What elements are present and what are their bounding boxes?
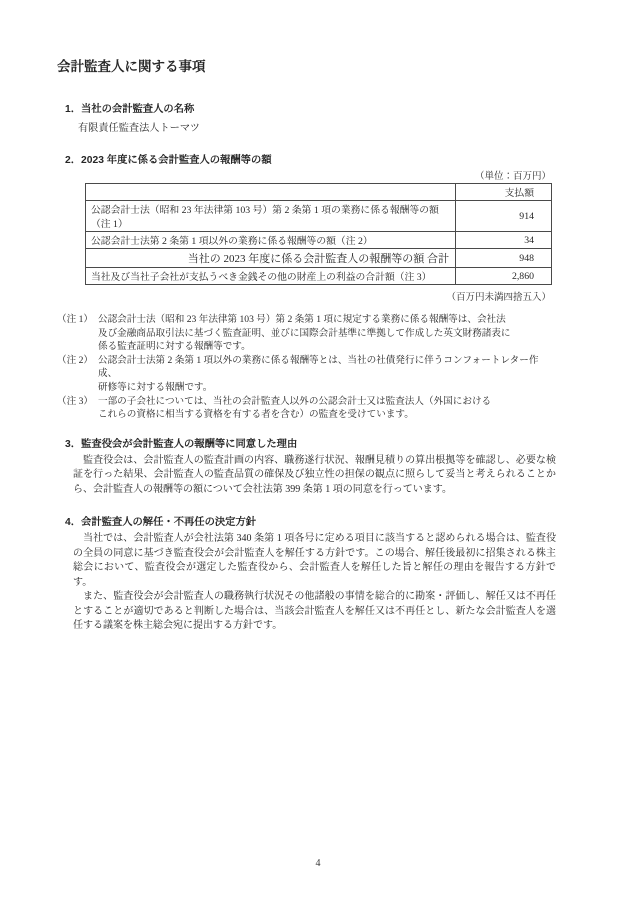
table-notes: （注 1） 公認会計士法（昭和 23 年法律第 103 号）第 2 条第 1 項… xyxy=(57,313,556,422)
section-1-heading: 1．当社の会計監査人の名称 xyxy=(65,100,556,115)
row-label: 公認会計士法第 2 条第 1 項以外の業務に係る報酬等の額（注 2） xyxy=(86,232,456,249)
page-number: 4 xyxy=(0,858,636,869)
section-2-heading: 2．2023 年度に係る会計監査人の報酬等の額 xyxy=(65,151,556,166)
section-4-heading: 4．会計監査人の解任・不再任の決定方針 xyxy=(65,513,556,528)
payment-column-header: 支払額 xyxy=(456,184,552,201)
table-header-row: 支払額 xyxy=(86,184,552,201)
section-remuneration-consent: 3．監査役会が会計監査人の報酬等に同意した理由 監査役会は、会計監査人の監査計画… xyxy=(57,435,556,498)
document-page: 会計監査人に関する事項 1．当社の会計監査人の名称 有限責任監査法人トーマツ 2… xyxy=(0,0,636,900)
section-dismissal-policy: 4．会計監査人の解任・不再任の決定方針 当社では、会計監査人が会社法第 340 … xyxy=(57,513,556,634)
note-item: （注 2） 公認会計士法第 2 条第 1 項以外の業務に係る報酬等とは、当社の社… xyxy=(57,354,556,395)
note-label: （注 2） xyxy=(57,354,98,395)
table-row: 公認会計士法第 2 条第 1 項以外の業務に係る報酬等の額（注 2） 34 xyxy=(86,232,552,249)
row-label: 公認会計士法（昭和 23 年法律第 103 号）第 2 条第 1 項の業務に係る… xyxy=(86,201,456,232)
note-text: 公認会計士法第 2 条第 1 項以外の業務に係る報酬等とは、当社の社債発行に伴う… xyxy=(98,354,556,395)
row-value: 914 xyxy=(456,201,552,232)
page-title: 会計監査人に関する事項 xyxy=(57,55,556,75)
note-label: （注 1） xyxy=(57,313,98,354)
row-value: 2,860 xyxy=(456,268,552,285)
row-value: 34 xyxy=(456,232,552,249)
section-3-paragraph: 監査役会は、会計監査人の監査計画の内容、職務遂行状況、報酬見積りの算出根拠等を確… xyxy=(73,454,556,498)
note-label: （注 3） xyxy=(57,395,98,422)
rounding-label: （百万円未満四捨五入） xyxy=(57,289,551,303)
total-row-value: 948 xyxy=(456,249,552,268)
section-3-heading: 3．監査役会が会計監査人の報酬等に同意した理由 xyxy=(65,435,556,450)
section-remuneration: 2．2023 年度に係る会計監査人の報酬等の額 （単位：百万円） 支払額 公認会… xyxy=(57,151,556,422)
total-row-label: 当社の 2023 年度に係る会計監査人の報酬等の額 合計 xyxy=(86,249,456,268)
section-auditor-name: 1．当社の会計監査人の名称 有限責任監査法人トーマツ xyxy=(57,100,556,134)
note-text: 公認会計士法（昭和 23 年法律第 103 号）第 2 条第 1 項に規定する業… xyxy=(98,313,556,354)
empty-header-cell xyxy=(86,184,456,201)
table-row: 当社及び当社子会社が支払うべき金銭その他の財産上の利益の合計額（注 3） 2,8… xyxy=(86,268,552,285)
table-total-row: 当社の 2023 年度に係る会計監査人の報酬等の額 合計 948 xyxy=(86,249,552,268)
section-4-paragraph: また、監査役会が会計監査人の職務執行状況その他諸般の事情を総合的に勘案・評価し、… xyxy=(73,590,556,634)
table-row: 公認会計士法（昭和 23 年法律第 103 号）第 2 条第 1 項の業務に係る… xyxy=(86,201,552,232)
unit-label: （単位：百万円） xyxy=(57,168,551,182)
note-text: 一部の子会社については、当社の会計監査人以外の公認会計士又は監査法人（外国におけ… xyxy=(98,395,556,422)
note-item: （注 1） 公認会計士法（昭和 23 年法律第 103 号）第 2 条第 1 項… xyxy=(57,313,556,354)
remuneration-table: 支払額 公認会計士法（昭和 23 年法律第 103 号）第 2 条第 1 項の業… xyxy=(85,183,552,285)
section-4-paragraph: 当社では、会計監査人が会社法第 340 条第 1 項各号に定める項目に該当すると… xyxy=(73,532,556,590)
row-label: 当社及び当社子会社が支払うべき金銭その他の財産上の利益の合計額（注 3） xyxy=(86,268,456,285)
note-item: （注 3） 一部の子会社については、当社の会計監査人以外の公認会計士又は監査法人… xyxy=(57,395,556,422)
auditor-firm-name: 有限責任監査法人トーマツ xyxy=(78,119,556,134)
